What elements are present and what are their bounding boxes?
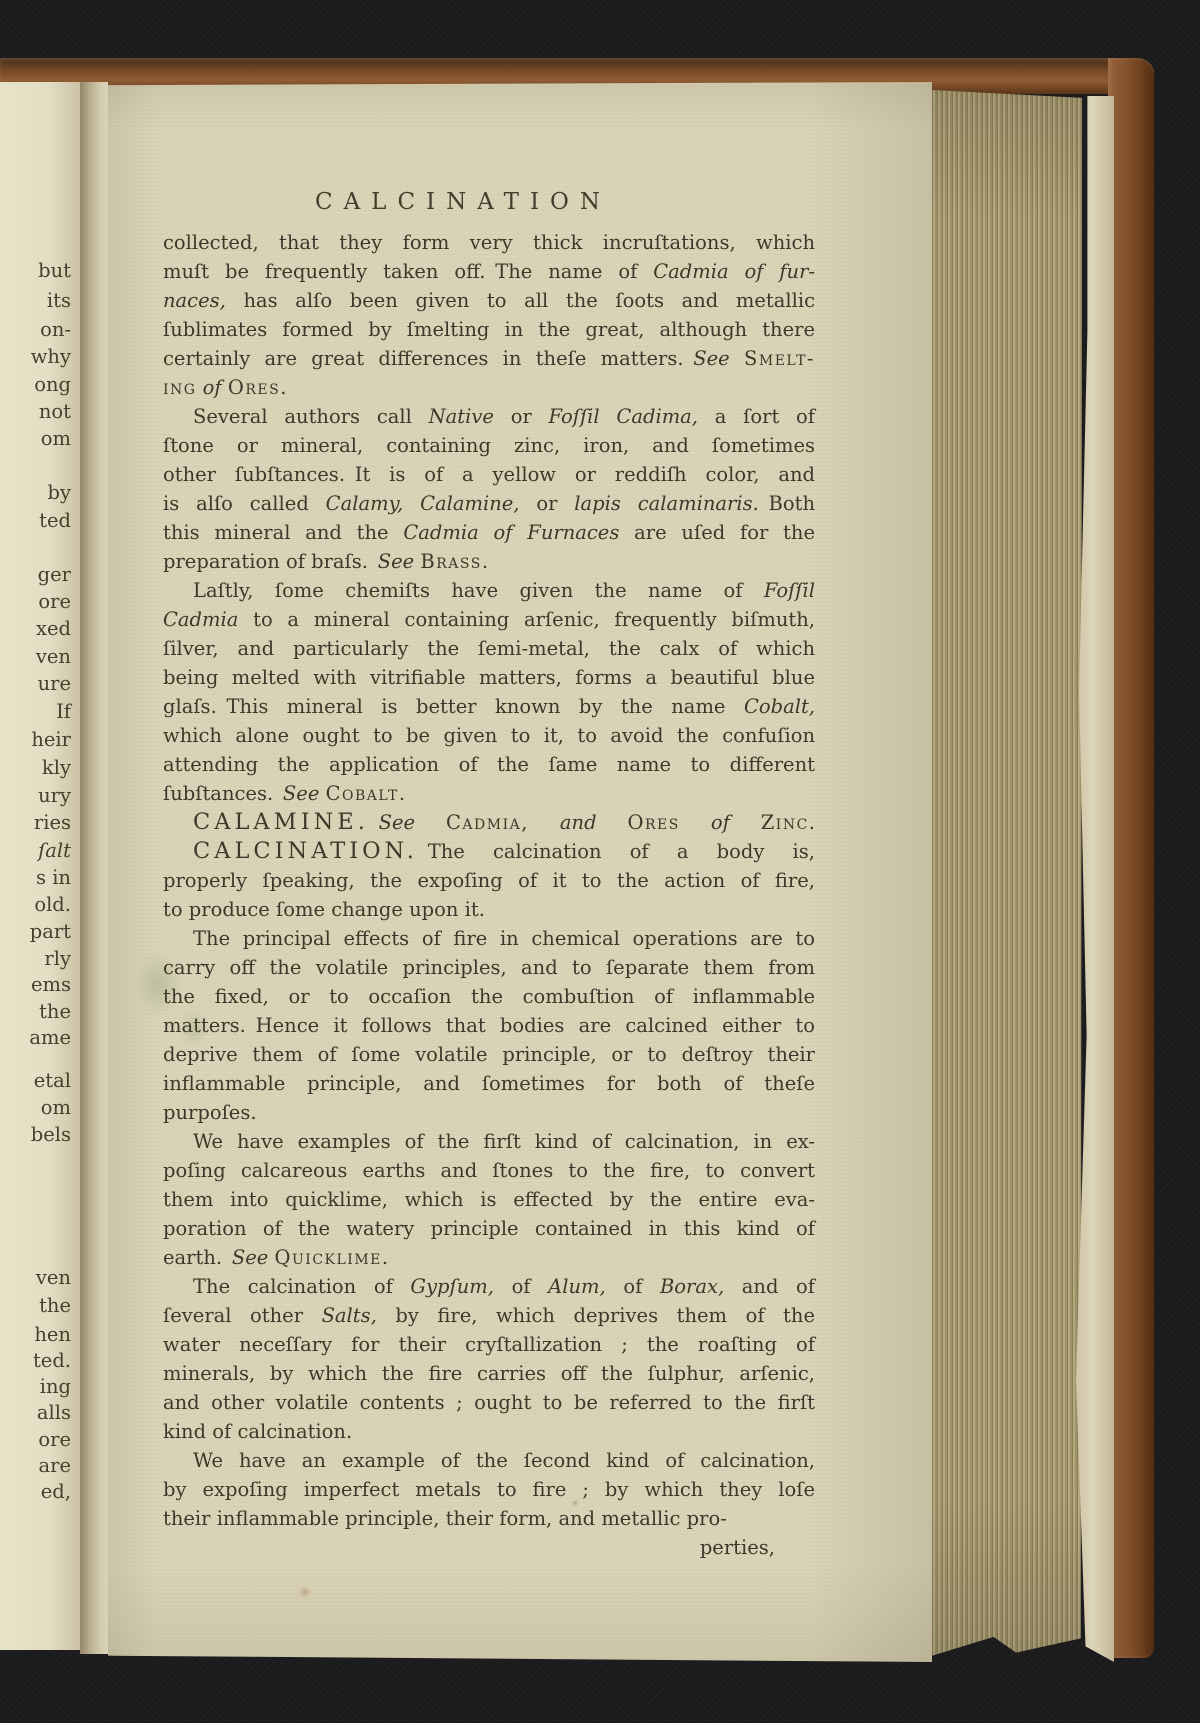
text-segment: The principal effects of fire in chemica… bbox=[193, 927, 815, 950]
text-line: inflammable principle, and ſometimes for… bbox=[163, 1069, 815, 1098]
text-segment: Brass bbox=[420, 550, 481, 573]
para-gypsum-alum-borax: The calcination of Gypſum, of Alum, of B… bbox=[163, 1272, 815, 1446]
text-segment: See bbox=[693, 347, 729, 370]
para-second-kind: We have an example of the ſecond kind of… bbox=[163, 1446, 815, 1533]
text-segment: ſtone or mineral, containing zinc, iron,… bbox=[163, 434, 815, 457]
page-edge-text-fragment: ven bbox=[36, 1265, 71, 1291]
text-segment: or bbox=[520, 492, 575, 515]
text-segment: are uſed for the bbox=[619, 521, 815, 544]
text-segment: Laſtly, ſome chemiſts have given the nam… bbox=[193, 579, 764, 602]
entry-headword: CALCINATION. bbox=[193, 838, 418, 864]
text-segment: We have examples of the firſt kind of ca… bbox=[193, 1130, 815, 1153]
page-edge-text-fragment: ger bbox=[38, 562, 71, 588]
text-segment bbox=[680, 811, 711, 834]
text-segment: See bbox=[232, 1246, 268, 1269]
text-segment bbox=[415, 811, 446, 834]
text-line: The calcination of Gypſum, of Alum, of B… bbox=[163, 1272, 815, 1301]
text-line: ing of Ores. bbox=[163, 373, 815, 402]
text-segment: . bbox=[399, 782, 405, 805]
entry-calcination: CALCINATION. The calcination of a body i… bbox=[163, 837, 815, 924]
catchword: perties, bbox=[163, 1533, 815, 1562]
page-edge-text-fragment: ed, bbox=[41, 1479, 71, 1505]
text-line: minerals, by which the fire carries off … bbox=[163, 1359, 815, 1388]
page-edge-text-fragment: hen bbox=[34, 1322, 71, 1348]
text-segment: . bbox=[482, 550, 488, 573]
page-edge-text-fragment: ven bbox=[36, 644, 71, 670]
text-segment: naces, bbox=[163, 289, 226, 312]
page-edge-text-fragment: om bbox=[41, 426, 71, 452]
text-segment: See bbox=[379, 811, 415, 834]
text-segment bbox=[597, 811, 628, 834]
text-line: Several authors call Native or Foſſil Ca… bbox=[163, 402, 815, 431]
text-line: to produce ſome change upon it. bbox=[163, 895, 815, 924]
text-segment: purpoſes. bbox=[163, 1101, 257, 1124]
text-segment: Borax, bbox=[660, 1275, 724, 1298]
text-segment: and of bbox=[724, 1275, 815, 1298]
text-segment: minerals, by which the fire carries off … bbox=[163, 1362, 815, 1385]
text-line: matters. Hence it follows that bodies ar… bbox=[163, 1011, 815, 1040]
text-segment: and bbox=[560, 811, 597, 834]
text-segment: attending the application of the ſame na… bbox=[163, 753, 815, 776]
text-segment: being melted with vitrifiable matters, f… bbox=[163, 666, 815, 689]
book-scan-photo: butitson-whyongnotombytedgerorexedvenure… bbox=[0, 0, 1200, 1723]
para-effects-of-fire: The principal effects of fire in chemica… bbox=[163, 924, 815, 1127]
text-segment: Calamy, bbox=[326, 492, 404, 515]
text-segment: . bbox=[809, 811, 815, 834]
page-edge-text-fragment: ing bbox=[40, 1374, 71, 1400]
text-segment: of bbox=[711, 811, 730, 834]
text-segment: ſublimates formed by ſmelting in the gre… bbox=[163, 318, 815, 341]
page-edge-text-fragment: not bbox=[39, 399, 71, 425]
page-edge-text-fragment: on- bbox=[40, 317, 71, 343]
text-line: Laſtly, ſome chemiſts have given the nam… bbox=[163, 576, 815, 605]
text-segment: certainly are great differences in theſe… bbox=[163, 347, 693, 370]
page-edge-text-fragment: ury bbox=[38, 783, 71, 809]
text-segment: or bbox=[494, 405, 549, 428]
text-line: ſeveral other Salts, by fire, which depr… bbox=[163, 1301, 815, 1330]
page-edge-text-fragment: kly bbox=[42, 755, 71, 781]
page-edge-text-fragment: ted. bbox=[33, 1348, 71, 1374]
text-line: the fixed, or to occaſion the combuſtion… bbox=[163, 982, 815, 1011]
para-cadmia-continued: collected, that they form very thick inc… bbox=[163, 228, 815, 402]
text-segment: Cadmia, bbox=[446, 811, 529, 834]
text-line: deprive them of ſome volatile principle,… bbox=[163, 1040, 815, 1069]
text-line: CALCINATION. The calcination of a body i… bbox=[163, 837, 815, 866]
text-segment: by expoſing imperfect metals to fire ; b… bbox=[163, 1478, 815, 1501]
text-segment: Several authors call bbox=[193, 405, 429, 428]
page-edge-text-fragment: rly bbox=[44, 946, 71, 972]
text-line: poſing calcareous earths and ſtones to t… bbox=[163, 1156, 815, 1185]
text-segment: poration of the watery principle contain… bbox=[163, 1217, 815, 1240]
text-line: being melted with vitrifiable matters, f… bbox=[163, 663, 815, 692]
text-segment: The calcination of bbox=[193, 1275, 410, 1298]
text-segment: by fire, which deprives them of the bbox=[377, 1304, 815, 1327]
text-line: kind of calcination. bbox=[163, 1417, 815, 1446]
text-segment bbox=[403, 492, 420, 515]
text-segment: The calcination of a body is, bbox=[418, 840, 815, 863]
page-edge-text-fragment: ems bbox=[31, 972, 71, 998]
text-line: ſubſtances. See Cobalt. bbox=[163, 779, 815, 808]
text-segment: carry off the volatile principles, and t… bbox=[163, 956, 815, 979]
text-segment: kind of calcination. bbox=[163, 1420, 352, 1443]
text-line: naces, has alſo been given to all the ſo… bbox=[163, 286, 815, 315]
page-edge-text-fragment: ſalt bbox=[38, 838, 71, 864]
page-stack-fore-edge bbox=[932, 90, 1082, 1662]
page-edge-text-fragment: ame bbox=[29, 1025, 71, 1051]
page-edge-text-fragment: xed bbox=[36, 616, 71, 642]
text-segment: Quicklime bbox=[275, 1246, 382, 1269]
text-segment: this mineral and the bbox=[163, 521, 403, 544]
text-line: by expoſing imperfect metals to fire ; b… bbox=[163, 1475, 815, 1504]
text-line: water neceſſary for their cryſtallizatio… bbox=[163, 1330, 815, 1359]
text-segment: Cadmia of fur- bbox=[653, 260, 815, 283]
page-edge-text-fragment: ore bbox=[38, 1427, 71, 1453]
text-segment: of bbox=[606, 1275, 660, 1298]
page-edge-text-fragment: ong bbox=[34, 372, 71, 398]
entry-calamine: CALAMINE. See Cadmia, and Ores of Zinc. bbox=[163, 808, 815, 837]
text-segment: Cobalt bbox=[326, 782, 399, 805]
text-segment bbox=[730, 811, 761, 834]
text-segment: matters. Hence it follows that bodies ar… bbox=[163, 1014, 815, 1037]
text-line: We have an example of the ſecond kind of… bbox=[163, 1446, 815, 1475]
page-edge-text-fragment: part bbox=[30, 919, 71, 945]
page-edge-text-fragment: ore bbox=[38, 589, 71, 615]
text-segment: of bbox=[494, 1275, 548, 1298]
text-segment: Zinc bbox=[761, 811, 809, 834]
text-line: ſilver, and particularly the ſemi-metal,… bbox=[163, 634, 815, 663]
text-segment: water neceſſary for their cryſtallizatio… bbox=[163, 1333, 815, 1356]
page-edge-text-fragment: its bbox=[47, 288, 71, 314]
text-line: Cadmia to a mineral containing arſenic, … bbox=[163, 605, 815, 634]
text-line: earth. See Quicklime. bbox=[163, 1243, 815, 1272]
text-line: The principal effects of fire in chemica… bbox=[163, 924, 815, 953]
text-segment bbox=[369, 811, 379, 834]
text-segment: Gypſum, bbox=[410, 1275, 494, 1298]
text-segment: Cobalt, bbox=[744, 695, 815, 718]
page-edge-text-fragment: heir bbox=[31, 727, 71, 753]
text-line: their inflammable principle, their form,… bbox=[163, 1504, 815, 1533]
text-segment: ſubſtances. bbox=[163, 782, 283, 805]
text-line: purpoſes. bbox=[163, 1098, 815, 1127]
text-line: other ſubſtances. It is of a yellow or r… bbox=[163, 460, 815, 489]
text-line: ſublimates formed by ſmelting in the gre… bbox=[163, 315, 815, 344]
text-segment: poſing calcareous earths and ſtones to t… bbox=[163, 1159, 815, 1182]
text-segment: to a mineral containing arſenic, frequen… bbox=[238, 608, 815, 631]
page-edge-text-fragment: If bbox=[56, 699, 71, 725]
text-segment: a ſort of bbox=[698, 405, 815, 428]
text-line: them into quicklime, which is effected b… bbox=[163, 1185, 815, 1214]
leather-binding-right-edge bbox=[1108, 58, 1154, 1658]
text-segment: preparation of braſs. bbox=[163, 550, 378, 573]
text-segment: Both bbox=[759, 492, 815, 515]
page-edge-text-fragment: the bbox=[39, 1293, 71, 1319]
text-segment: and other volatile contents ; ought to b… bbox=[163, 1391, 815, 1414]
text-segment: ſilver, and particularly the ſemi-metal,… bbox=[163, 637, 815, 660]
page-edge-text-fragment: ries bbox=[34, 810, 71, 836]
text-segment: . bbox=[280, 376, 286, 399]
text-segment: muſt be frequently taken off. The name o… bbox=[163, 260, 653, 283]
text-line: attending the application of the ſame na… bbox=[163, 750, 815, 779]
text-segment: Foſſil Cadima, bbox=[549, 405, 698, 428]
facing-page-fragments: butitson-whyongnotombytedgerorexedvenure… bbox=[0, 0, 78, 1723]
page-edge-text-fragment: the bbox=[39, 999, 71, 1025]
page-edge-text-fragment: old. bbox=[34, 892, 71, 918]
text-segment: Foſſil bbox=[764, 579, 815, 602]
text-segment: Ores bbox=[628, 811, 680, 834]
text-segment bbox=[529, 811, 560, 834]
text-body: collected, that they form very thick inc… bbox=[163, 228, 815, 1533]
text-line: CALAMINE. See Cadmia, and Ores of Zinc. bbox=[163, 808, 815, 837]
text-line: preparation of braſs. See Brass. bbox=[163, 547, 815, 576]
text-line: poration of the watery principle contain… bbox=[163, 1214, 815, 1243]
text-segment: has alſo been given to all the ſoots and… bbox=[226, 289, 815, 312]
page-text-block: CALCINATION collected, that they form ve… bbox=[163, 186, 815, 1562]
para-native-fossil-cadmia: Several authors call Native or Foſſil Ca… bbox=[163, 402, 815, 576]
para-first-kind-quicklime: We have examples of the firſt kind of ca… bbox=[163, 1127, 815, 1272]
text-segment: Calamine, bbox=[420, 492, 519, 515]
page-edge-text-fragment: ure bbox=[38, 671, 71, 697]
text-segment: the fixed, or to occaſion the combuſtion… bbox=[163, 985, 815, 1008]
text-segment: Native bbox=[429, 405, 494, 428]
text-segment: ing bbox=[163, 376, 196, 399]
text-segment bbox=[730, 347, 744, 370]
text-segment: to produce ſome change upon it. bbox=[163, 898, 485, 921]
text-line: is alſo called Calamy, Calamine, or lapi… bbox=[163, 489, 815, 518]
text-segment: Cadmia bbox=[163, 608, 238, 631]
text-segment: which alone ought to be given to it, to … bbox=[163, 724, 815, 747]
page-edge-text-fragment: bels bbox=[31, 1122, 71, 1148]
text-line: carry off the volatile principles, and t… bbox=[163, 953, 815, 982]
gutter-crease-shadow bbox=[80, 82, 108, 1654]
text-segment: ſeveral other bbox=[163, 1304, 322, 1327]
text-line: this mineral and the Cadmia of Furnaces … bbox=[163, 518, 815, 547]
text-segment: lapis calaminaris. bbox=[574, 492, 759, 515]
page-edge-text-fragment: but bbox=[38, 258, 71, 284]
text-line: ſtone or mineral, containing zinc, iron,… bbox=[163, 431, 815, 460]
page-edge-text-fragment: s in bbox=[36, 865, 71, 891]
text-segment: other ſubſtances. It is of a yellow or r… bbox=[163, 463, 815, 486]
text-line: collected, that they form very thick inc… bbox=[163, 228, 815, 257]
page-edge-text-fragment: by bbox=[48, 480, 72, 506]
text-line: certainly are great differences in theſe… bbox=[163, 344, 815, 373]
text-segment: Alum, bbox=[548, 1275, 606, 1298]
page-edge-text-fragment: ted bbox=[39, 508, 71, 534]
entry-headword: CALAMINE. bbox=[193, 809, 369, 835]
text-segment: collected, that they form very thick inc… bbox=[163, 231, 815, 254]
para-cobalt-mineral: Laſtly, ſome chemiſts have given the nam… bbox=[163, 576, 815, 808]
text-segment: We have an example of the ſecond kind of… bbox=[193, 1449, 815, 1472]
text-segment: Smelt- bbox=[744, 347, 815, 370]
text-line: muſt be frequently taken off. The name o… bbox=[163, 257, 815, 286]
page-edge-text-fragment: are bbox=[39, 1453, 72, 1479]
text-line: properly ſpeaking, the expoſing of it to… bbox=[163, 866, 815, 895]
page-edge-text-fragment: om bbox=[41, 1095, 71, 1121]
text-segment: deprive them of ſome volatile principle,… bbox=[163, 1043, 815, 1066]
text-segment: their inflammable principle, their form,… bbox=[163, 1507, 727, 1530]
text-segment: is alſo called bbox=[163, 492, 326, 515]
text-line: We have examples of the firſt kind of ca… bbox=[163, 1127, 815, 1156]
text-segment: See bbox=[378, 550, 414, 573]
text-line: which alone ought to be given to it, to … bbox=[163, 721, 815, 750]
text-segment: See bbox=[283, 782, 319, 805]
page-edge-text-fragment: alls bbox=[37, 1400, 71, 1426]
text-segment: glaſs. This mineral is better known by t… bbox=[163, 695, 744, 718]
text-segment: earth. bbox=[163, 1246, 232, 1269]
text-line: glaſs. This mineral is better known by t… bbox=[163, 692, 815, 721]
running-head: CALCINATION bbox=[137, 186, 789, 218]
text-segment: them into quicklime, which is effected b… bbox=[163, 1188, 815, 1211]
text-segment: properly ſpeaking, the expoſing of it to… bbox=[163, 869, 815, 892]
page-edge-text-fragment: etal bbox=[34, 1068, 71, 1094]
text-segment: Ores bbox=[228, 376, 280, 399]
text-line: and other volatile contents ; ought to b… bbox=[163, 1388, 815, 1417]
text-segment: Cadmia of Furnaces bbox=[403, 521, 619, 544]
page-edge-text-fragment: why bbox=[31, 344, 71, 370]
text-segment: of bbox=[203, 376, 222, 399]
text-segment: . bbox=[382, 1246, 388, 1269]
text-segment: inflammable principle, and ſometimes for… bbox=[163, 1072, 815, 1095]
text-segment: Salts, bbox=[322, 1304, 377, 1327]
